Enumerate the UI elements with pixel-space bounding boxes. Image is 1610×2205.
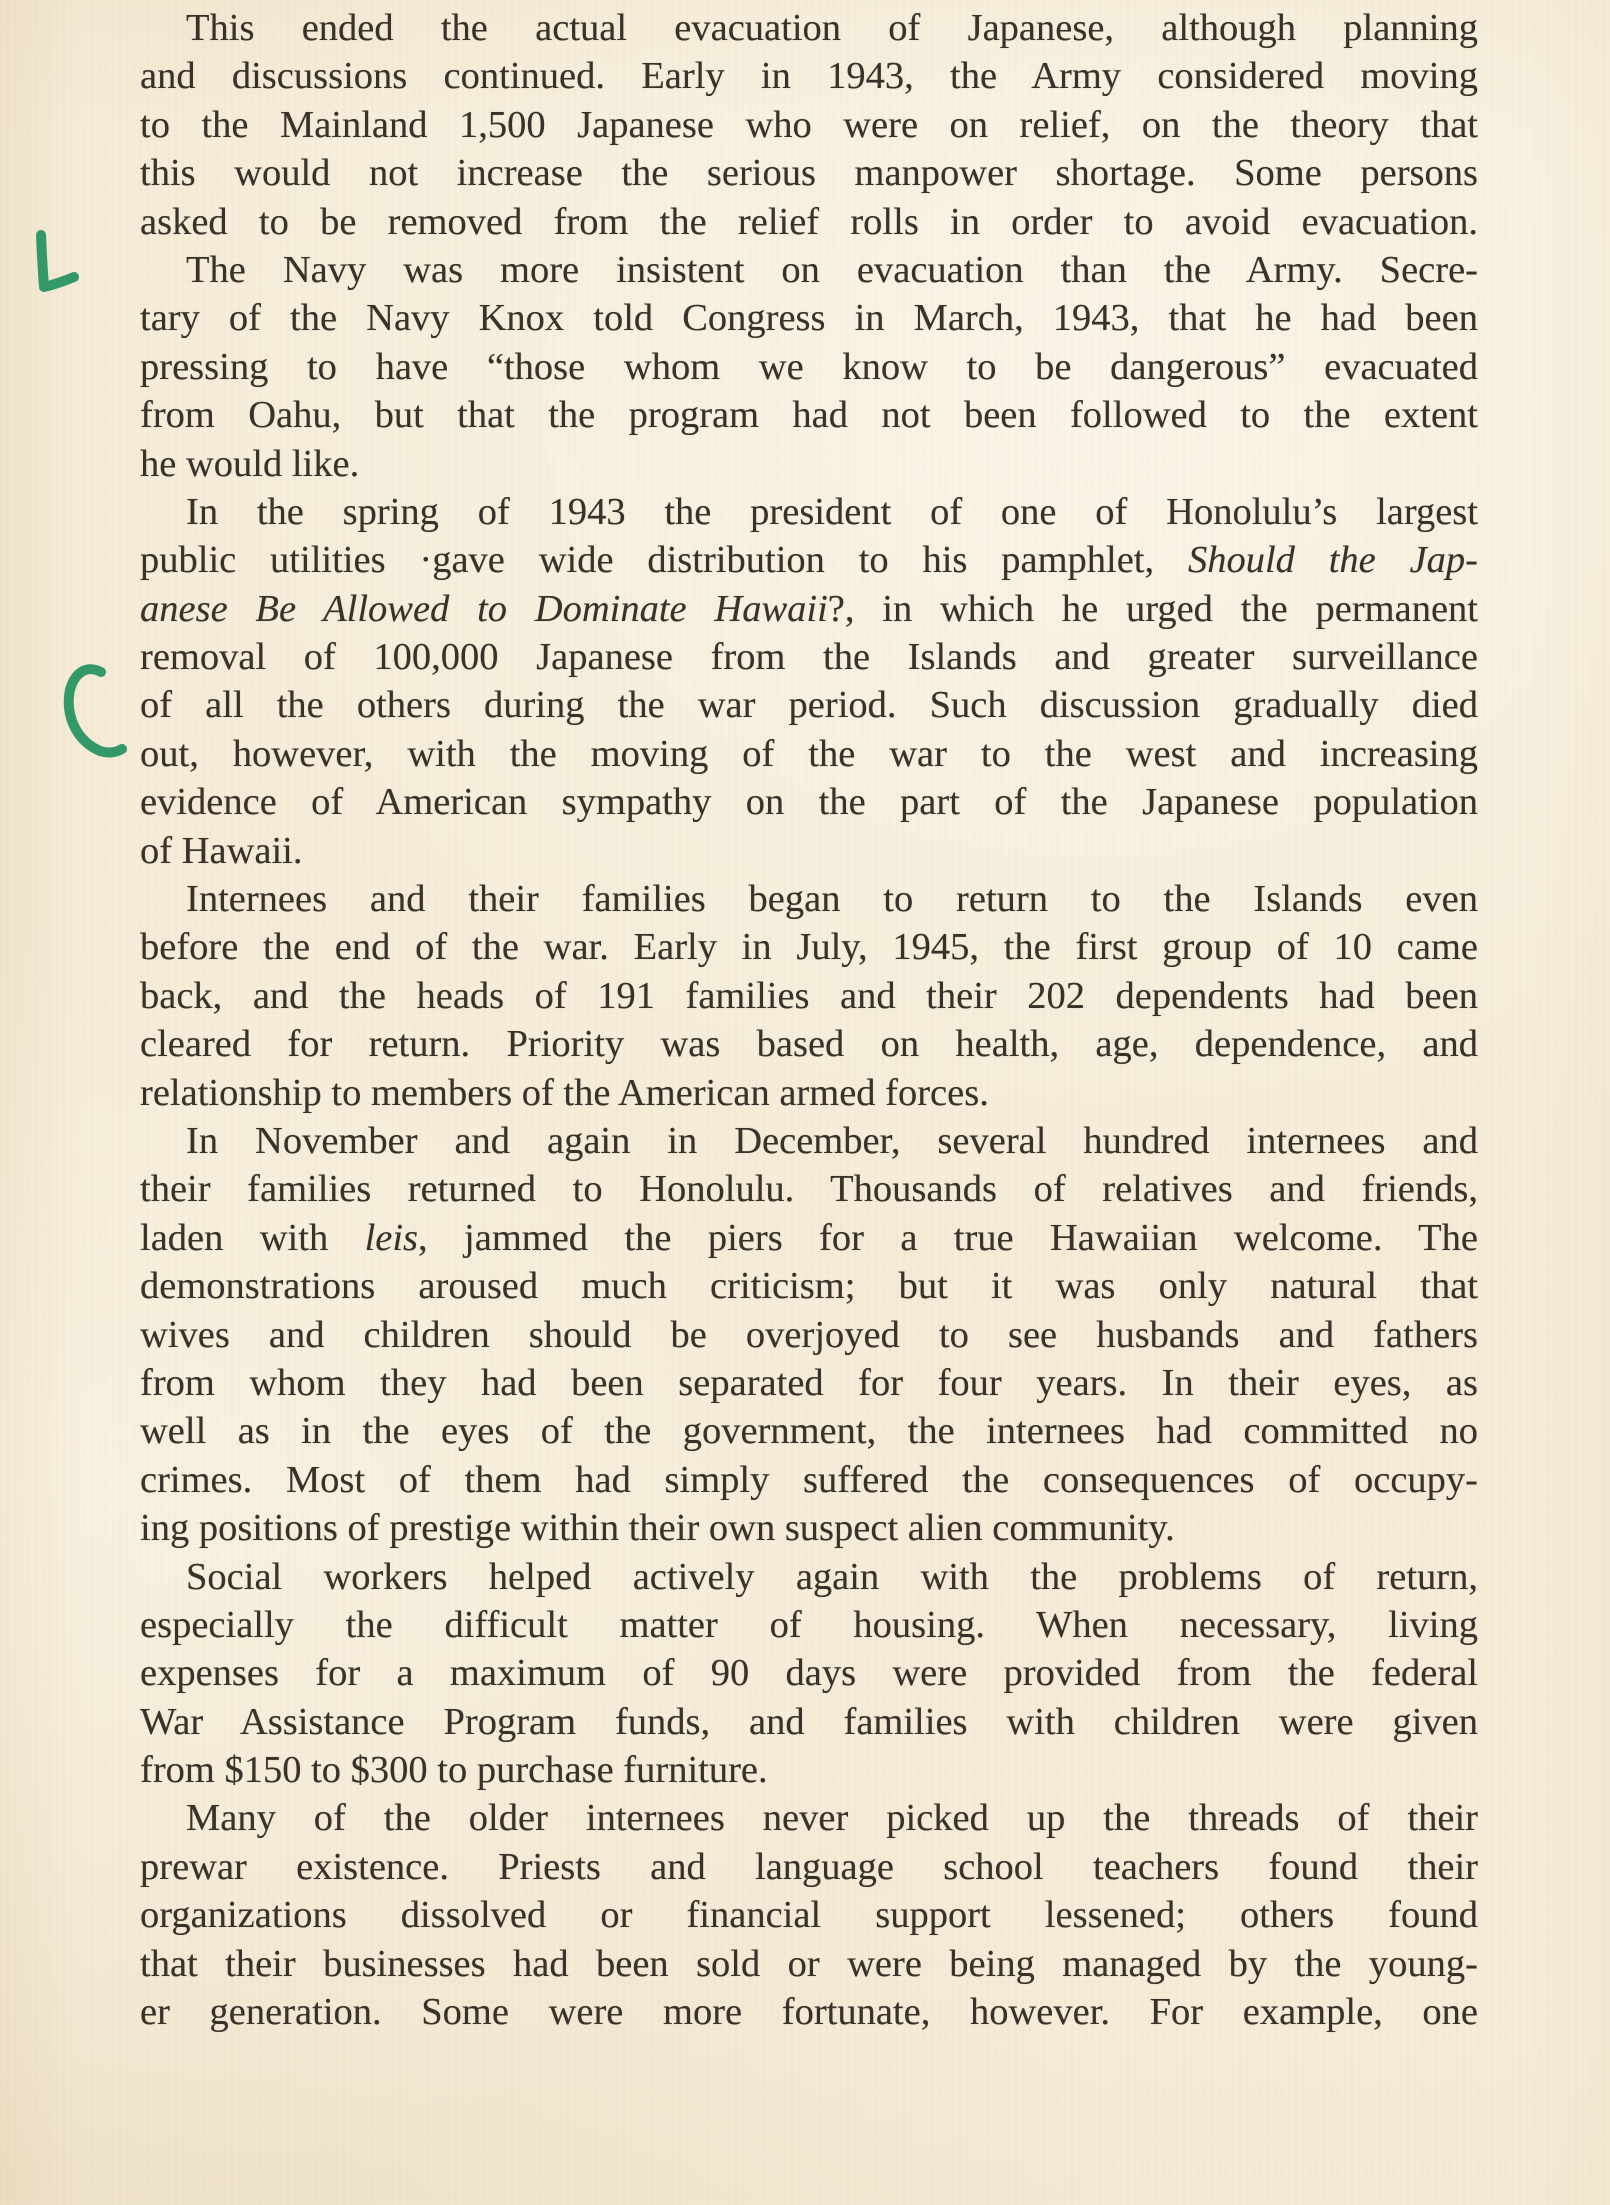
text-segment: In the spring of 1943 the president of o…	[186, 491, 1478, 533]
text-line: Social workers helped actively again wit…	[140, 1553, 1478, 1601]
text-line: Many of the older internees never picked…	[140, 1794, 1478, 1842]
text-line: prewar existence. Priests and language s…	[140, 1843, 1478, 1891]
text-segment: organizations dissolved or financial sup…	[140, 1894, 1478, 1936]
text-line: back, and the heads of 191 families and …	[140, 972, 1478, 1020]
text-line: The Navy was more insistent on evacuatio…	[140, 246, 1478, 294]
text-segment: prewar existence. Priests and language s…	[140, 1846, 1478, 1888]
text-line: pressing to have “those whom we know to …	[140, 343, 1478, 391]
text-line: he would like.	[140, 440, 1478, 488]
text-segment: pressing to have “those whom we know to …	[140, 346, 1478, 388]
paragraph: Many of the older internees never picked…	[140, 1794, 1478, 2036]
text-segment: Many of the older internees never picked…	[186, 1797, 1478, 1839]
text-segment: wives and children should be overjoyed t…	[140, 1314, 1478, 1356]
text-segment: er generation. Some were more fortunate,…	[140, 1991, 1478, 2033]
text-segment: before the end of the war. Early in July…	[140, 926, 1478, 968]
text-line: er generation. Some were more fortunate,…	[140, 1988, 1478, 2036]
text-line: of all the others during the war period.…	[140, 681, 1478, 729]
text-line: asked to be removed from the relief roll…	[140, 198, 1478, 246]
text-segment: Social workers helped actively again wit…	[186, 1556, 1478, 1598]
text-segment: from $150 to $300 to purchase furniture.	[140, 1749, 768, 1791]
text-segment: demonstrations aroused much criticism; b…	[140, 1265, 1478, 1307]
margin-annotation-c-mark	[62, 660, 130, 760]
text-segment: evidence of American sympathy on the par…	[140, 781, 1478, 823]
text-segment: crimes. Most of them had simply suffered…	[140, 1459, 1478, 1501]
text-line: wives and children should be overjoyed t…	[140, 1311, 1478, 1359]
text-line: relationship to members of the American …	[140, 1069, 1478, 1117]
text-line: and discussions continued. Early in 1943…	[140, 52, 1478, 100]
text-line: organizations dissolved or financial sup…	[140, 1891, 1478, 1939]
text-segment: back, and the heads of 191 families and …	[140, 975, 1478, 1017]
text-segment: well as in the eyes of the government, t…	[140, 1410, 1478, 1452]
text-line: from whom they had been separated for fo…	[140, 1359, 1478, 1407]
text-segment: removal of 100,000 Japanese from the Isl…	[140, 636, 1478, 678]
paragraph: In the spring of 1943 the president of o…	[140, 488, 1478, 875]
text-segment: this would not increase the serious manp…	[140, 152, 1478, 194]
text-segment: This ended the actual evacuation of Japa…	[186, 7, 1478, 49]
body-text: This ended the actual evacuation of Japa…	[140, 4, 1478, 2036]
text-segment: expenses for a maximum of 90 days were p…	[140, 1652, 1478, 1694]
text-line: out, however, with the moving of the war…	[140, 730, 1478, 778]
italic-text-segment: Should the Jap-	[1188, 539, 1478, 581]
text-segment: and discussions continued. Early in 1943…	[140, 55, 1478, 97]
text-segment: to the Mainland 1,500 Japanese who were …	[140, 104, 1478, 146]
text-line: This ended the actual evacuation of Japa…	[140, 4, 1478, 52]
text-line: this would not increase the serious manp…	[140, 149, 1478, 197]
paragraph: Internees and their families began to re…	[140, 875, 1478, 1117]
text-line: well as in the eyes of the government, t…	[140, 1407, 1478, 1455]
text-segment: he would like.	[140, 443, 359, 485]
text-segment: tary of the Navy Knox told Congress in M…	[140, 297, 1478, 339]
text-segment: ?, in which he urged the permanent	[828, 588, 1478, 630]
text-line: expenses for a maximum of 90 days were p…	[140, 1649, 1478, 1697]
text-segment: laden with	[140, 1217, 365, 1259]
text-segment: relationship to members of the American …	[140, 1072, 989, 1114]
paragraph: In November and again in December, sever…	[140, 1117, 1478, 1553]
text-line: of Hawaii.	[140, 827, 1478, 875]
text-segment: from whom they had been separated for fo…	[140, 1362, 1478, 1404]
paragraph: Social workers helped actively again wit…	[140, 1553, 1478, 1795]
text-segment: from Oahu, but that the program had not …	[140, 394, 1478, 436]
text-segment: , jammed the piers for a true Hawaiian w…	[418, 1217, 1478, 1259]
text-segment: ing positions of prestige within their o…	[140, 1507, 1175, 1549]
paragraph: The Navy was more insistent on evacuatio…	[140, 246, 1478, 488]
text-line: tary of the Navy Knox told Congress in M…	[140, 294, 1478, 342]
text-line: from Oahu, but that the program had not …	[140, 391, 1478, 439]
text-line: from $150 to $300 to purchase furniture.	[140, 1746, 1478, 1794]
text-line: Internees and their families began to re…	[140, 875, 1478, 923]
text-line: to the Mainland 1,500 Japanese who were …	[140, 101, 1478, 149]
text-line: especially the difficult matter of housi…	[140, 1601, 1478, 1649]
text-line: before the end of the war. Early in July…	[140, 923, 1478, 971]
text-segment: public utilities ·gave wide distribution…	[140, 539, 1188, 581]
text-segment: their families returned to Honolulu. Tho…	[140, 1168, 1478, 1210]
text-segment: especially the difficult matter of housi…	[140, 1604, 1478, 1646]
italic-text-segment: anese Be Allowed to Dominate Hawaii	[140, 588, 828, 630]
text-segment: out, however, with the moving of the war…	[140, 733, 1478, 775]
text-line: cleared for return. Priority was based o…	[140, 1020, 1478, 1068]
italic-text-segment: leis	[365, 1217, 418, 1259]
text-segment: cleared for return. Priority was based o…	[140, 1023, 1478, 1065]
paragraph: This ended the actual evacuation of Japa…	[140, 4, 1478, 246]
text-line: evidence of American sympathy on the par…	[140, 778, 1478, 826]
text-segment: War Assistance Program funds, and famili…	[140, 1701, 1478, 1743]
text-line: crimes. Most of them had simply suffered…	[140, 1456, 1478, 1504]
text-line: In the spring of 1943 the president of o…	[140, 488, 1478, 536]
text-segment: The Navy was more insistent on evacuatio…	[186, 249, 1478, 291]
text-line: ing positions of prestige within their o…	[140, 1504, 1478, 1552]
text-line: removal of 100,000 Japanese from the Isl…	[140, 633, 1478, 681]
text-segment: Internees and their families began to re…	[186, 878, 1478, 920]
text-line: In November and again in December, sever…	[140, 1117, 1478, 1165]
text-line: War Assistance Program funds, and famili…	[140, 1698, 1478, 1746]
text-segment: that their businesses had been sold or w…	[140, 1943, 1478, 1985]
text-line: their families returned to Honolulu. Tho…	[140, 1165, 1478, 1213]
text-segment: of all the others during the war period.…	[140, 684, 1478, 726]
text-line: demonstrations aroused much criticism; b…	[140, 1262, 1478, 1310]
text-line: that their businesses had been sold or w…	[140, 1940, 1478, 1988]
text-segment: of Hawaii.	[140, 830, 303, 872]
margin-annotation-l-mark	[30, 230, 80, 300]
book-page: This ended the actual evacuation of Japa…	[0, 0, 1610, 2205]
text-line: laden with leis, jammed the piers for a …	[140, 1214, 1478, 1262]
text-line: anese Be Allowed to Dominate Hawaii?, in…	[140, 585, 1478, 633]
text-segment: asked to be removed from the relief roll…	[140, 201, 1478, 243]
text-line: public utilities ·gave wide distribution…	[140, 536, 1478, 584]
text-segment: In November and again in December, sever…	[186, 1120, 1478, 1162]
